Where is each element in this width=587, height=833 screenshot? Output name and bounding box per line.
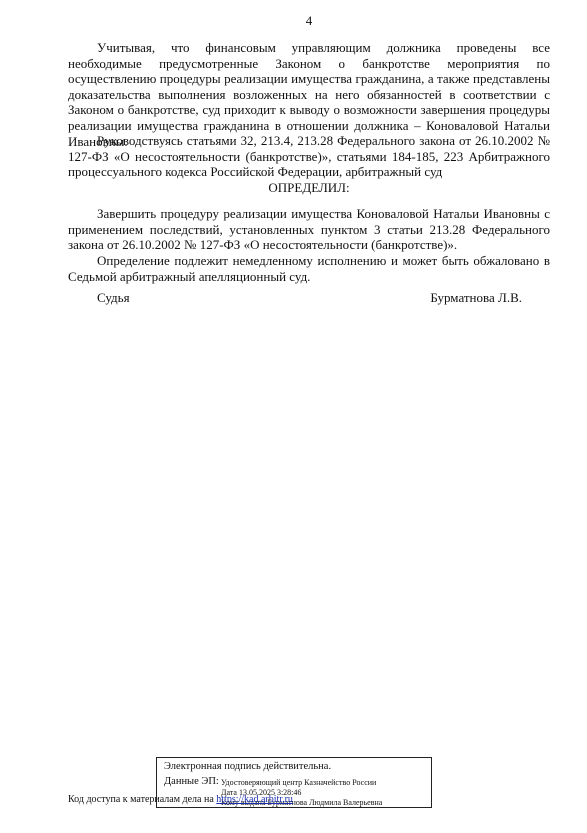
paragraph-legal-basis: Руководствуясь статьями 32, 213.4, 213.2… xyxy=(68,133,550,180)
access-prefix: Код доступа к материалам дела на xyxy=(68,794,216,805)
esig-data-label: Данные ЭП: xyxy=(164,776,219,787)
paragraph-text: Определение подлежит немедленному исполн… xyxy=(68,253,550,284)
judge-label: Судья xyxy=(97,290,130,306)
paragraph-appeal: Определение подлежит немедленному исполн… xyxy=(68,253,550,284)
paragraph-text: Завершить процедуру реализации имущества… xyxy=(68,206,550,253)
case-access-line: Код доступа к материалам дела на https:/… xyxy=(68,794,293,805)
paragraph-ruling: Завершить процедуру реализации имущества… xyxy=(68,206,550,253)
page-number: 4 xyxy=(0,13,587,29)
case-materials-link[interactable]: https://kad.arbitr.ru xyxy=(216,794,293,805)
ruling-heading: ОПРЕДЕЛИЛ: xyxy=(0,180,587,196)
paragraph-text: Руководствуясь статьями 32, 213.4, 213.2… xyxy=(68,133,550,180)
esig-valid-text: Электронная подпись действительна. xyxy=(164,761,331,772)
esig-certificate-authority: Удостоверяющий центр Казначейство России xyxy=(221,778,376,787)
judge-name: Бурматнова Л.В. xyxy=(430,290,522,306)
